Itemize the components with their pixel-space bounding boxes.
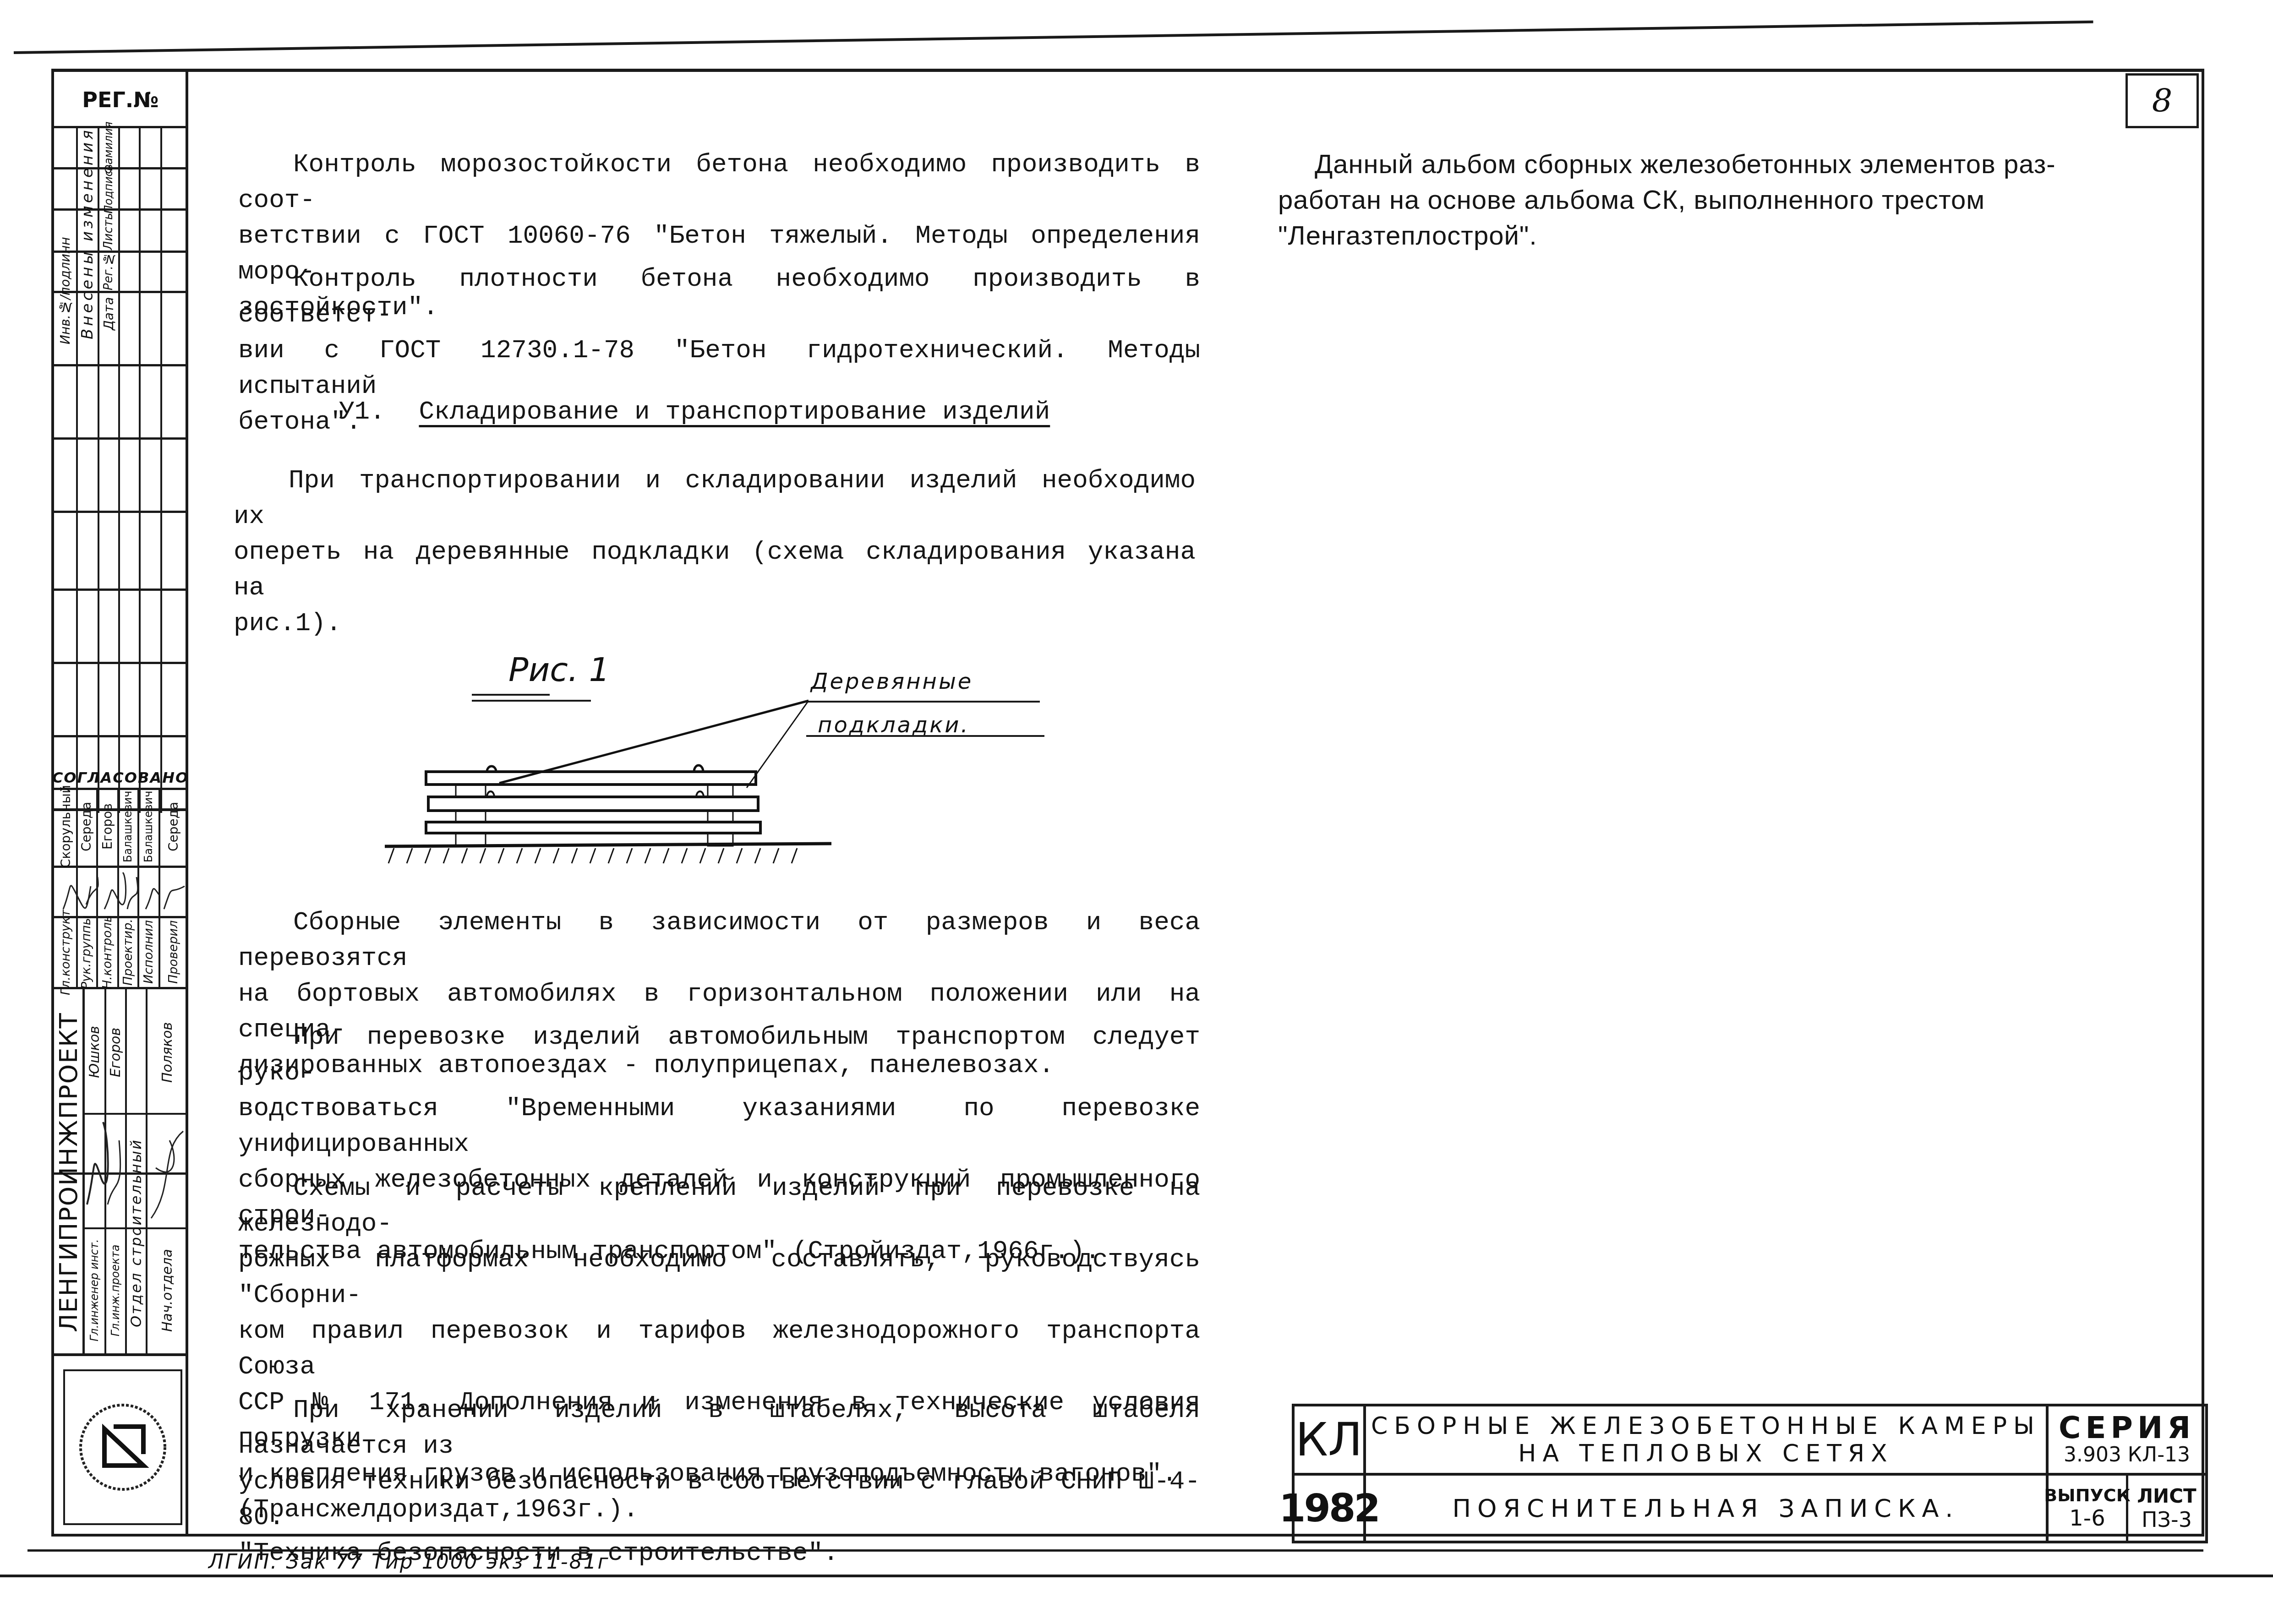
stack-drawing (357, 632, 1035, 888)
registration-label: РЕГ.№ (54, 73, 187, 128)
text-line: Сборные элементы в зависимости от размер… (238, 905, 1200, 976)
title-block-title: Сборные железобетонные камеры на тепловы… (1366, 1406, 2046, 1473)
text-line: При перевозке изделий автомобильным тран… (238, 1019, 1200, 1090)
issue-value: 1-6 (2069, 1505, 2105, 1531)
approval-name-4: Балашкевич (119, 790, 137, 863)
approval-name-2: Середа (77, 790, 95, 863)
title-block-series: Серия 3.903 КЛ-13 (2049, 1406, 2205, 1473)
mgmt-role-1: Гл.инженер инст. (85, 1230, 104, 1351)
col-date: Дата (99, 293, 118, 334)
title-block-sheet: Лист ПЗ-3 (2128, 1476, 2205, 1541)
frame-top-edge (14, 21, 2093, 54)
institute-emblem (63, 1369, 182, 1525)
title-line-1: Сборные железобетонные камеры (1371, 1412, 2041, 1440)
mgmt-role-4: Нач.отдела (148, 1230, 186, 1351)
text-line: При хранении изделий в штабелях, высота … (238, 1392, 1200, 1464)
text-line: рожных платформах необходимо составлять,… (238, 1242, 1200, 1313)
text-line: Схемы и расчеты креплений изделий при пе… (238, 1170, 1200, 1242)
mgmt-role-2: Гл.инж.проекта (106, 1230, 125, 1351)
title-block-issue: Выпуск 1-6 (2049, 1476, 2126, 1541)
approval-role-1: Гл.конструкт (56, 918, 75, 986)
text-line: "Ленгазтеплострой". (1278, 218, 2084, 254)
col-name: Фамилия (99, 128, 118, 167)
text-line: При транспортировании и складировании из… (234, 463, 1196, 534)
management-signatures (82, 1113, 187, 1227)
text-line: водствоваться "Временными указаниями по … (238, 1090, 1200, 1162)
title-block: КЛ 1982 Сборные железобетонные камеры на… (1292, 1404, 2208, 1543)
approval-role-3: Н.контроль (98, 918, 116, 986)
text-line: Контроль плотности бетона необходимо про… (238, 261, 1200, 332)
signature-scribbles (54, 868, 187, 916)
sheet-number: 8 (2125, 73, 2199, 128)
stamp-strip: РЕГ.№ Инв.№/подлинн Внесены изменения Да… (54, 73, 187, 1534)
series-label: Серия (2059, 1413, 2195, 1443)
approved-label: СОГЛАСОВАНО (54, 767, 187, 790)
amendment-header: Инв.№/подлинн (55, 250, 75, 332)
text-line: работан на основе альбома СК, выполненно… (1278, 182, 2084, 218)
approval-role-5: Исполнил (139, 918, 158, 986)
right-text-column: Данный альбом сборных железобетонных эле… (1278, 147, 2084, 254)
mgmt-name-4: Поляков (148, 994, 186, 1111)
title-line-2: на тепловых сетях (1518, 1440, 1893, 1467)
title-block-year: 1982 (1295, 1476, 1363, 1541)
approval-name-6: Середа (160, 790, 186, 863)
issue-label: Выпуск (2044, 1485, 2130, 1505)
page-bottom-line (0, 1575, 2273, 1577)
text-line: опереть на деревянные подкладки (схема с… (234, 534, 1196, 605)
title-block-subtitle: Пояснительная записка. (1366, 1476, 2046, 1541)
sheet-label: Лист (2137, 1485, 2197, 1507)
text-line: ком правил перевозок и тарифов железнодо… (238, 1313, 1200, 1384)
emblem-icon (75, 1399, 171, 1495)
text-line: условия техники безопасности в соответст… (238, 1464, 1200, 1535)
section-title: Складирование и транспортирование издели… (419, 397, 1050, 426)
paragraph-storage: При транспортировании и складировании из… (234, 463, 1196, 641)
paragraph-stacking: При хранении изделий в штабелях, высота … (238, 1392, 1200, 1571)
change-table: Инв.№/подлинн Внесены изменения Дата Рег… (54, 126, 187, 813)
changes-title: Внесены изменения (78, 135, 97, 332)
mgmt-name-1: Юшков (85, 994, 104, 1111)
approval-role-6: Проверил (160, 918, 186, 986)
figure-stacking-scheme: Рис. 1 Деревянные подкладки. (357, 632, 1035, 888)
col-signature: Подпись (99, 169, 118, 208)
approval-role-4: Проектир. (119, 918, 137, 986)
sheet-value: ПЗ-3 (2142, 1507, 2192, 1532)
organization-block: ЛЕНГИПРОИНЖПРОЕКТ Гл.инженер инст. Гл.ин… (54, 989, 187, 1356)
approval-name-5: Балашкевич (139, 790, 158, 863)
approval-role-2: Рук.группы (77, 918, 95, 986)
text-line: вии с ГОСТ 12730.1-78 "Бетон гидротехнич… (238, 332, 1200, 404)
mgmt-name-2: Егоров (106, 994, 125, 1111)
approval-name-1: Скорульный (56, 790, 75, 863)
text-line: Данный альбом сборных железобетонных эле… (1278, 147, 2084, 182)
title-block-code: КЛ (1295, 1406, 1363, 1473)
section-heading: У1. Складирование и транспортирование из… (339, 394, 1050, 430)
organization-name: ЛЕНГИПРОИНЖПРОЕКТ (55, 994, 82, 1351)
text-line: Контроль морозостойкости бетона необходи… (238, 147, 1200, 218)
col-reg: Рег.№ (99, 252, 118, 291)
series-value: 3.903 КЛ-13 (2064, 1443, 2190, 1467)
paragraph-album-basis: Данный альбом сборных железобетонных эле… (1278, 147, 2084, 254)
approval-name-3: Егоров (98, 790, 116, 863)
section-number: У1. (339, 397, 385, 426)
print-note: ЛГИП. Зак 77 Тир 1000 экз 11-81г (208, 1550, 610, 1574)
col-sheets: Листы (99, 211, 118, 250)
